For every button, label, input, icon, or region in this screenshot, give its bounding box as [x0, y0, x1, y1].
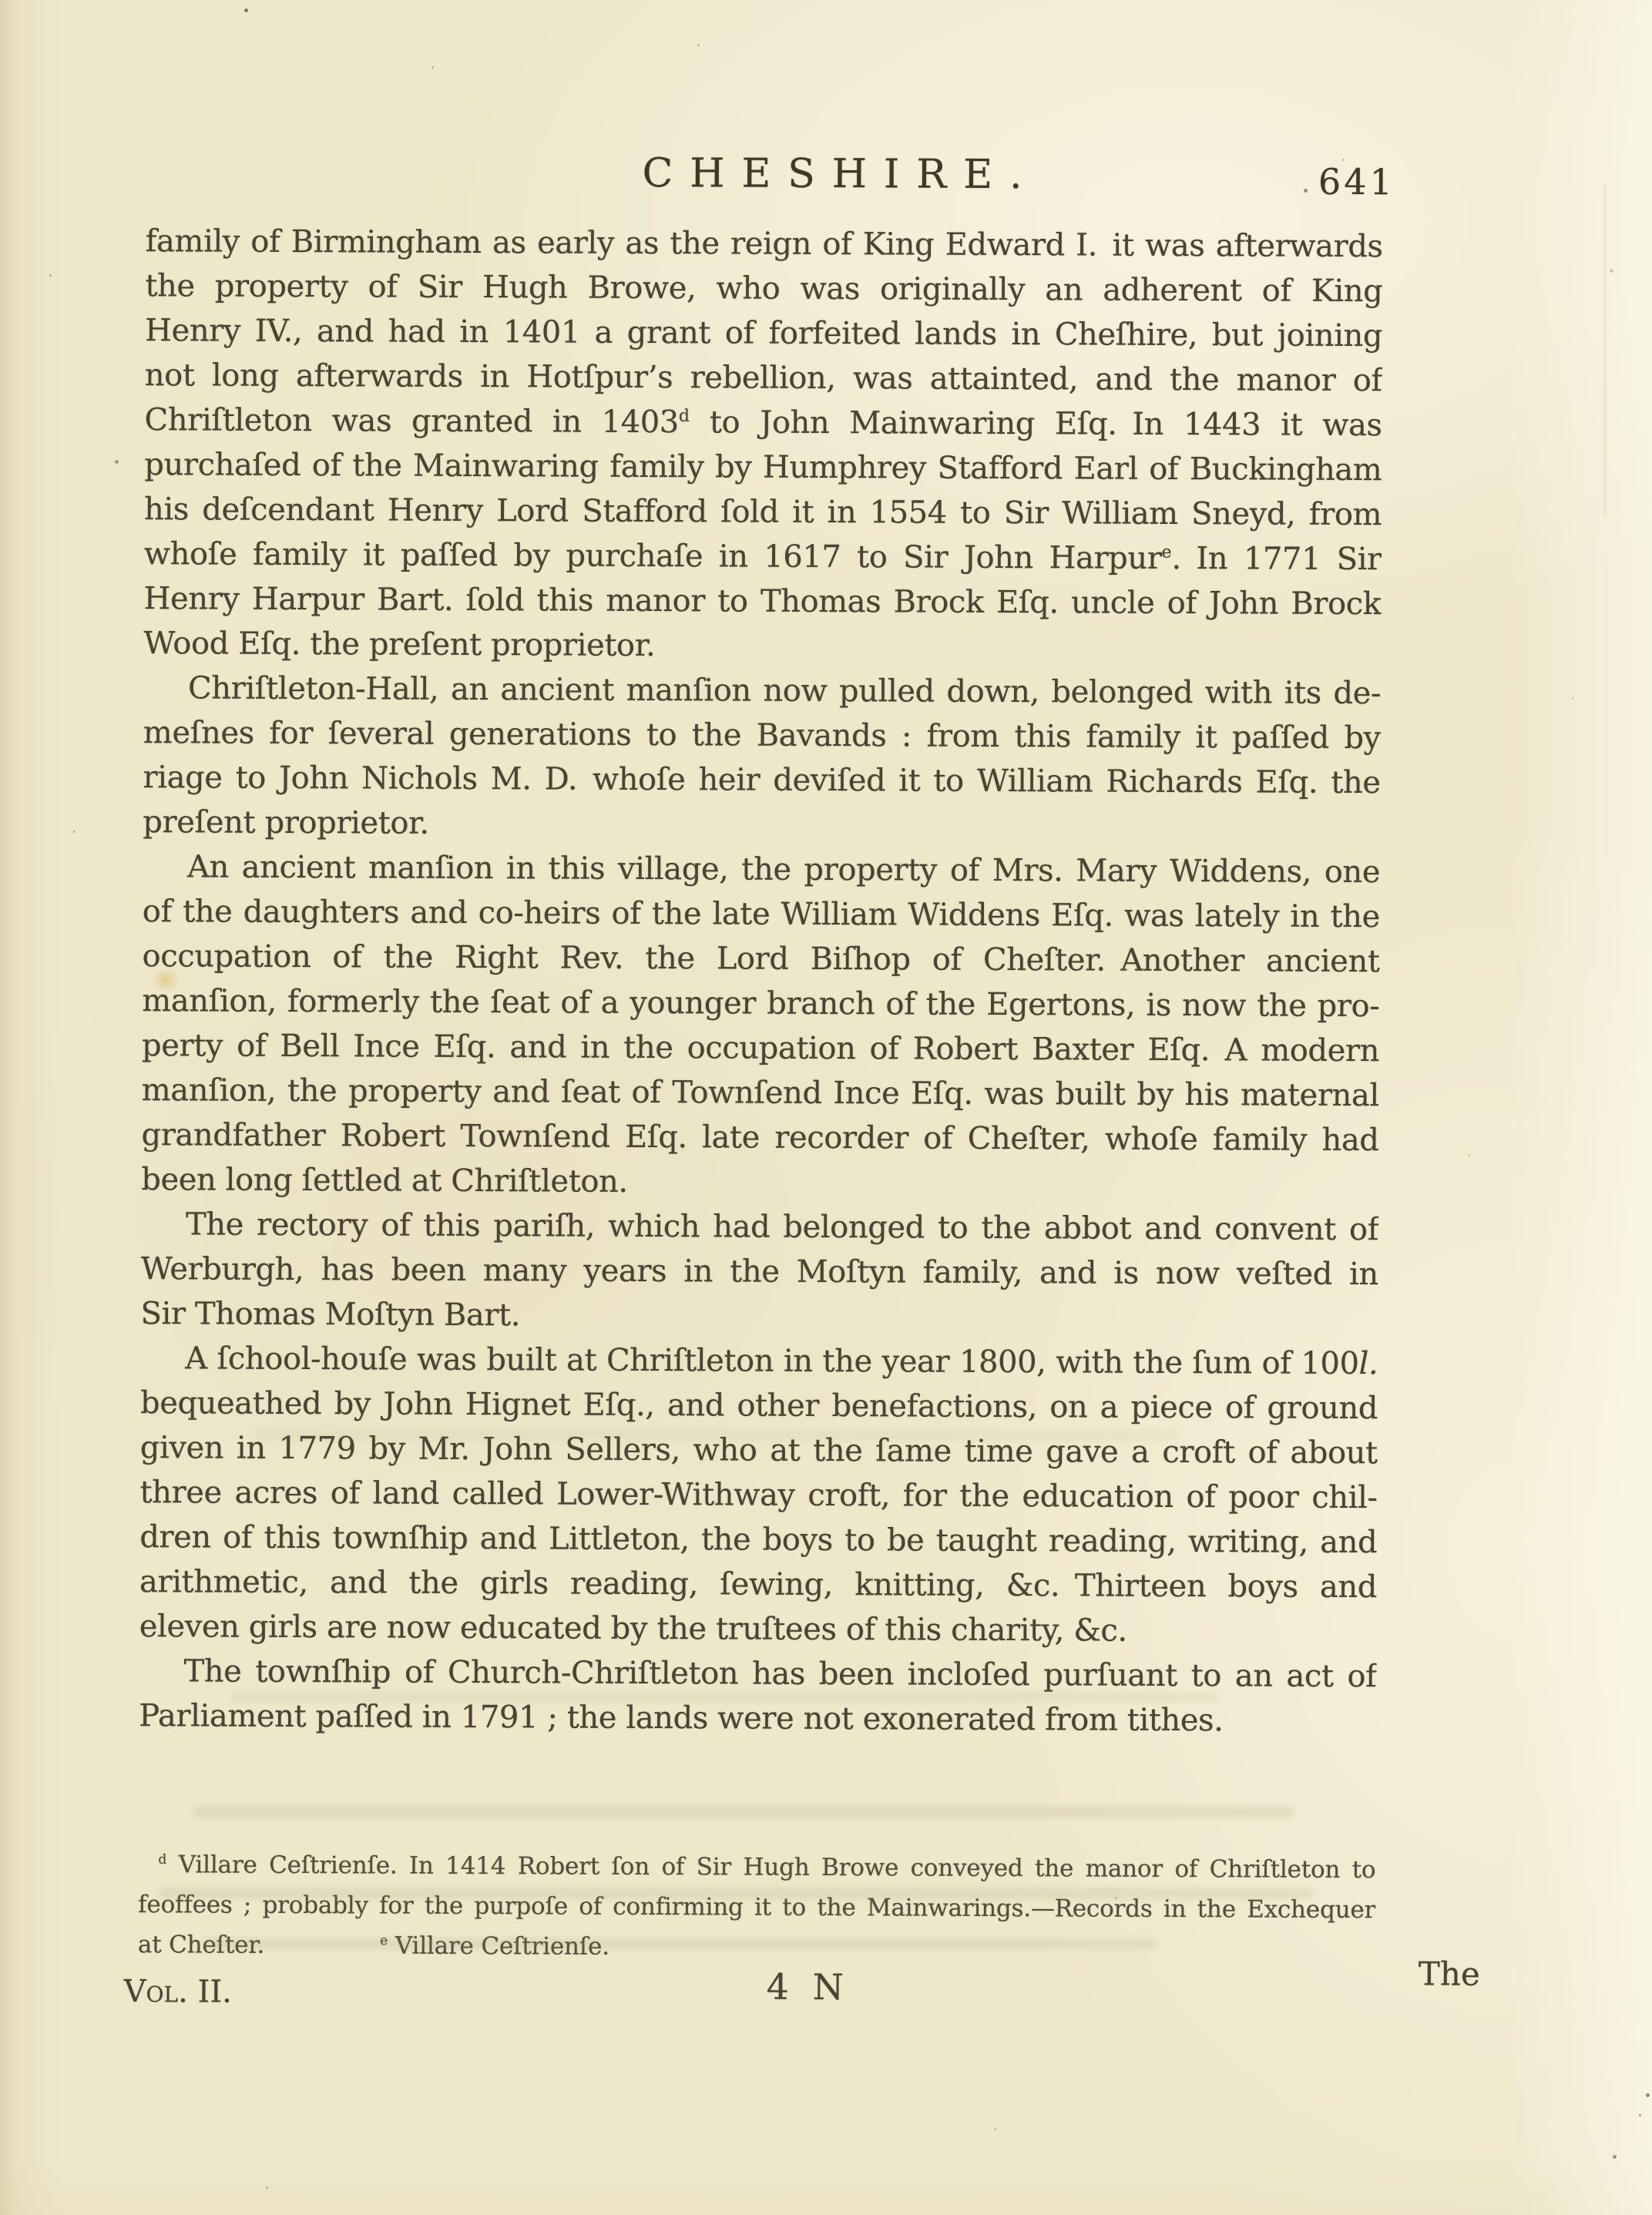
text-line: bequeathed by John Hignet Eſq., and othe…	[140, 1381, 1378, 1431]
text-line: his deſcendant Henry Lord Stafford ſold …	[144, 487, 1382, 537]
text-segment: The townſhip of Church-Chriſtleton has b…	[183, 1653, 1376, 1694]
page-number: 641	[1318, 161, 1395, 203]
footnote-marker: e	[380, 1933, 388, 1948]
text-segment: Sir Thomas Moſtyn Bart.	[140, 1296, 520, 1333]
text-segment: l.	[1358, 1346, 1378, 1381]
footnote-gap	[264, 1953, 380, 1954]
text-segment: to John Mainwaring Eſq. In 1443 it was	[690, 404, 1382, 443]
text-line: riage to John Nichols M. D. whoſe heir d…	[143, 755, 1380, 805]
text-segment: Parliament paſſed in 1791 ; the lands we…	[139, 1698, 1223, 1738]
text-line: A ſchool-houſe was built at Chriſtleton …	[140, 1336, 1378, 1386]
text-segment: been long ſettled at Chriſtleton.	[141, 1162, 628, 1200]
scanned-book-page: CHESHIRE. 641 family of Birmingham as ea…	[0, 0, 1652, 2215]
text-segment: the property of Sir Hugh Browe, who was …	[145, 268, 1382, 309]
text-line: Chriſtleton-Hall, an ancient manſion now…	[143, 666, 1381, 716]
text-line: purchaſed of the Mainwaring family by Hu…	[144, 442, 1382, 492]
text-line: Werburgh, has been many years in the Moſ…	[141, 1247, 1378, 1297]
text-segment: A ſchool-houſe was built at Chriſtleton …	[185, 1341, 1358, 1381]
text-line: perty of Bell Ince Eſq. and in the occup…	[142, 1023, 1379, 1073]
text-line: of the daughters and co-heirs of the lat…	[143, 889, 1380, 939]
text-segment: manſion, the property and ſeat of Townſe…	[142, 1072, 1379, 1113]
text-segment: Villare Ceſtrienſe.	[388, 1932, 609, 1961]
text-segment: dren of this townſhip and Littleton, the…	[139, 1519, 1377, 1560]
volume-label: Vol. II.	[124, 1974, 232, 2010]
text-segment: feoffees ; probably for the purpoſe of c…	[138, 1891, 1375, 1924]
text-segment: grandfather Robert Townſend Eſq. late re…	[141, 1117, 1378, 1158]
text-segment: Werburgh, has been many years in the Moſ…	[141, 1251, 1378, 1292]
text-segment: given in 1779 by Mr. John Sellers, who a…	[140, 1430, 1378, 1471]
text-line: Henry Harpur Bart. ſold this manor to Th…	[143, 576, 1381, 626]
footnote-marker: e	[1161, 543, 1171, 562]
text-segment: manſion, formerly the ſeat of a younger …	[142, 983, 1379, 1024]
text-segment: Villare Ceſtrienſe. In 1414 Robert ſon o…	[166, 1851, 1375, 1884]
text-segment: preſent proprietor.	[143, 804, 429, 841]
footnote-marker: d	[679, 407, 690, 426]
text-line: feoffees ; probably for the purpoſe of c…	[138, 1884, 1375, 1930]
text-line: manſion, formerly the ſeat of a younger …	[142, 978, 1379, 1029]
text-segment: eleven girls are now educated by the tru…	[139, 1609, 1127, 1649]
text-segment: purchaſed of the Mainwaring family by Hu…	[144, 447, 1382, 492]
text-segment: family of Birmingham as early as the rei…	[146, 223, 1383, 264]
text-line: The rectory of this pariſh, which had be…	[141, 1202, 1378, 1252]
text-line: family of Birmingham as early as the rei…	[145, 219, 1382, 269]
text-line: Henry IV., and had in 1401 a grant of fo…	[145, 308, 1382, 358]
text-segment: Chriſtleton was granted in 1403	[145, 402, 679, 440]
text-line: dren of this townſhip and Littleton, the…	[139, 1515, 1377, 1565]
text-line: Chriſtleton was granted in 1403d to John…	[144, 398, 1382, 448]
text-line: not long afterwards in Hotſpur’s rebelli…	[145, 353, 1382, 403]
text-line: An ancient manſion in this village, the …	[143, 844, 1380, 894]
text-segment: arithmetic, and the girls reading, ſewin…	[139, 1564, 1377, 1605]
text-segment: The rectory of this pariſh, which had be…	[141, 1207, 1378, 1252]
text-segment: Chriſtleton-Hall, an ancient manſion now…	[188, 670, 1381, 711]
text-segment: three acres of land called Lower-Withway…	[139, 1475, 1377, 1515]
running-head: CHESHIRE.	[0, 147, 1651, 200]
text-segment: meſnes for ſeveral generations to the Ba…	[143, 715, 1381, 760]
catchword: The	[1419, 1955, 1480, 1992]
text-line: arithmetic, and the girls reading, ſewin…	[139, 1559, 1377, 1609]
text-segment: occupation of the Right Rev. the Lord Bi…	[142, 938, 1379, 979]
text-line: Parliament paſſed in 1791 ; the lands we…	[139, 1693, 1376, 1743]
text-segment: whoſe family it paſſed by purchaſe in 16…	[144, 536, 1162, 576]
text-line: Wood Eſq. the preſent proprietor.	[143, 621, 1381, 671]
text-line: eleven girls are now educated by the tru…	[139, 1604, 1377, 1654]
text-segment: . In 1771 Sir	[1171, 541, 1381, 577]
text-line: manſion, the property and ſeat of Townſe…	[142, 1068, 1379, 1118]
text-line: d Villare Ceſtrienſe. In 1414 Robert ſon…	[138, 1844, 1375, 1890]
text-segment: perty of Bell Ince Eſq. and in the occup…	[142, 1028, 1379, 1069]
text-line: been long ſettled at Chriſtleton.	[141, 1157, 1378, 1207]
text-line: three acres of land called Lower-Withway…	[139, 1470, 1377, 1520]
page-content: CHESHIRE. 641 family of Birmingham as ea…	[0, 0, 1652, 2215]
text-line: given in 1779 by Mr. John Sellers, who a…	[140, 1425, 1378, 1475]
footnote-marker: d	[158, 1852, 166, 1868]
text-segment: Wood Eſq. the preſent proprietor.	[143, 626, 655, 663]
text-segment: Henry Harpur Bart. ſold this manor to Th…	[144, 581, 1382, 622]
text-line: at Cheſter.e Villare Ceſtrienſe.	[138, 1925, 1375, 1970]
text-segment: Henry IV., and had in 1401 a grant of fo…	[145, 313, 1382, 354]
text-segment: of the daughters and co-heirs of the lat…	[143, 894, 1380, 935]
text-line: grandfather Robert Townſend Eſq. late re…	[141, 1113, 1378, 1163]
body-text: family of Birmingham as early as the rei…	[139, 219, 1383, 1743]
text-line: meſnes for ſeveral generations to the Ba…	[143, 710, 1381, 760]
text-line: The townſhip of Church-Chriſtleton has b…	[139, 1649, 1376, 1699]
text-line: occupation of the Right Rev. the Lord Bi…	[142, 934, 1379, 984]
text-segment: not long afterwards in Hotſpur’s rebelli…	[145, 357, 1382, 398]
text-segment: An ancient manſion in this village, the …	[187, 849, 1380, 890]
page-title: CHESHIRE.	[642, 150, 1039, 198]
text-segment: at Cheſter.	[138, 1931, 264, 1959]
text-line: whoſe family it paſſed by purchaſe in 16…	[144, 532, 1382, 582]
text-line: Sir Thomas Moſtyn Bart.	[140, 1291, 1378, 1341]
footnotes: d Villare Ceſtrienſe. In 1414 Robert ſon…	[138, 1844, 1376, 1970]
signature-mark: 4 N	[767, 1966, 850, 2008]
text-segment: bequeathed by John Hignet Eſq., and othe…	[140, 1385, 1378, 1426]
text-line: the property of Sir Hugh Browe, who was …	[145, 263, 1382, 314]
text-segment: riage to John Nichols M. D. whoſe heir d…	[143, 760, 1380, 800]
text-line: preſent proprietor.	[143, 800, 1380, 850]
text-segment: his deſcendant Henry Lord Stafford ſold …	[144, 492, 1382, 532]
